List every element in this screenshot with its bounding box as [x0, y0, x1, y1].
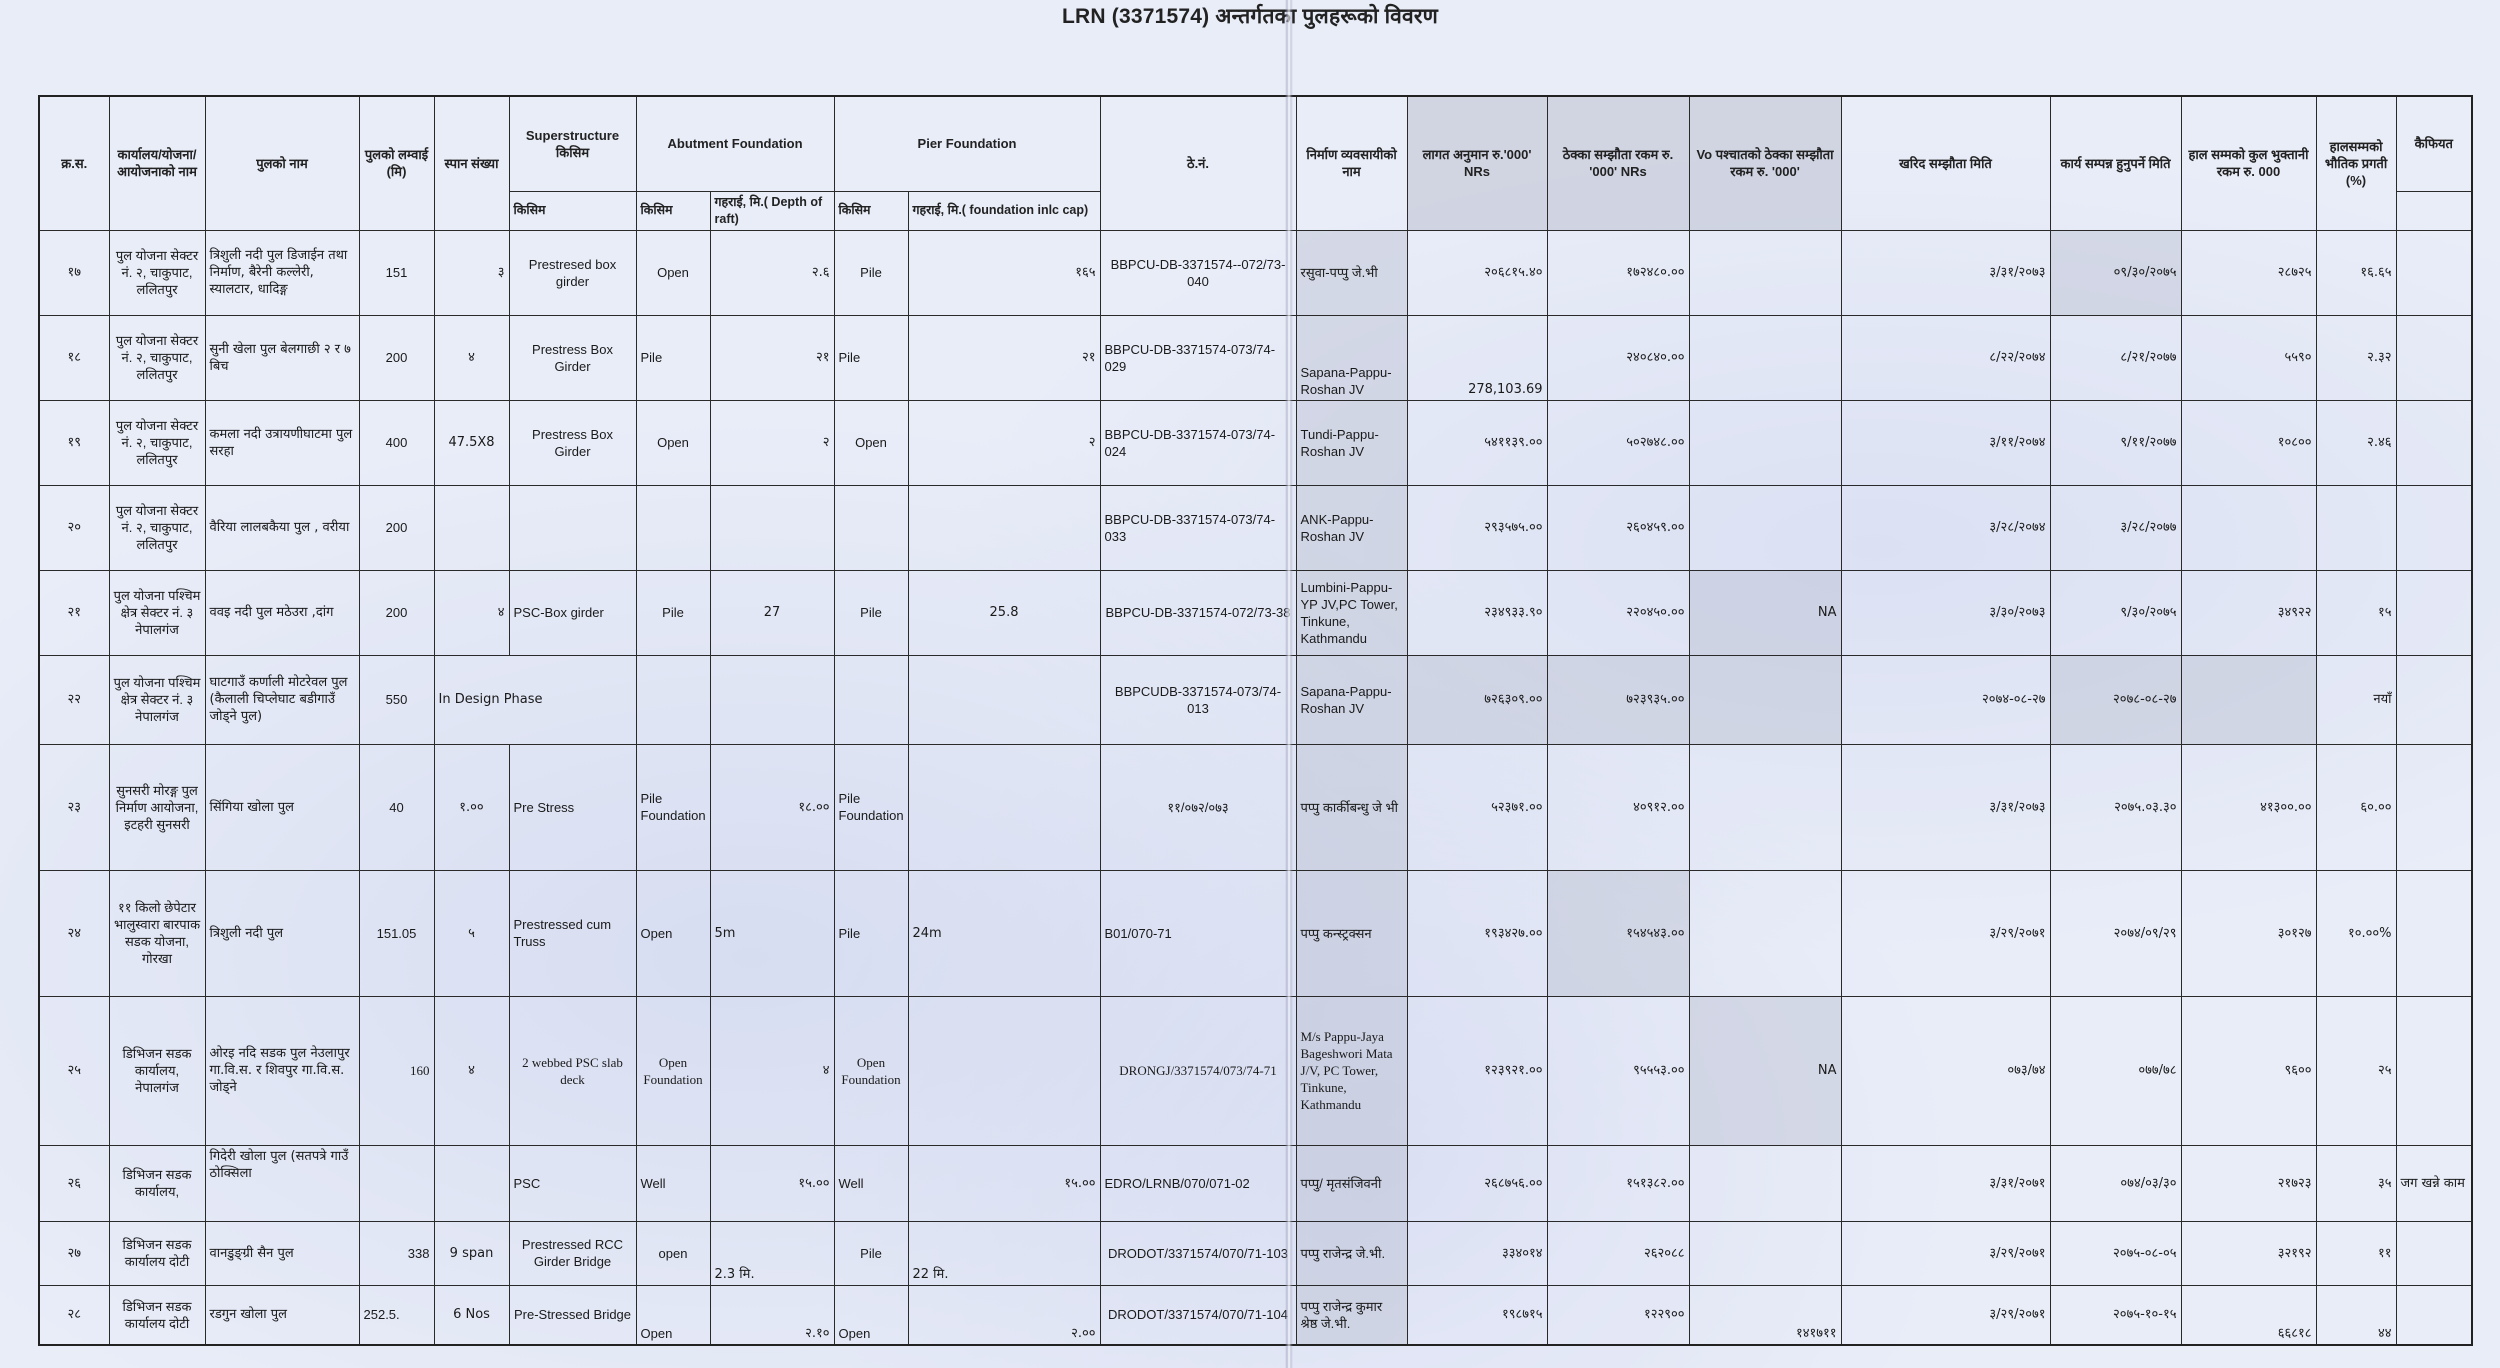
header-contract-no: ठे.नं.: [1100, 96, 1296, 230]
cell-progress: २.४६: [2316, 400, 2396, 485]
cell-contract-amount: १७२४८०.००: [1547, 230, 1689, 315]
cell-abutment-type: Pile: [636, 570, 710, 655]
cell-office: पुल योजना पश्चिम क्षेत्र सेक्टर नं. ३ ने…: [109, 655, 205, 744]
cell-cost-estimate: ५२३७१.००: [1407, 744, 1547, 870]
cell-pier-type: Pile: [834, 230, 908, 315]
cell-sn: २८: [39, 1285, 109, 1345]
cell-completion-date: ३/२८/२०७७: [2050, 485, 2181, 570]
cell-pier-type: [834, 485, 908, 570]
cell-pier-depth: २१: [908, 315, 1100, 400]
cell-spans: 47.5X8: [434, 400, 509, 485]
table-row: २८ डिभिजन सडक कार्यालय दोटी रडगुन खोला प…: [39, 1285, 2472, 1345]
cell-contract-no: DRODOT/3371574/070/71-104: [1100, 1285, 1296, 1345]
table-row: २३ सुनसरी मोरङ्ग पुल निर्माण आयोजना, इटह…: [39, 744, 2472, 870]
cell-contract-no: ११/०७२/०७३: [1100, 744, 1296, 870]
cell-contractor: पप्पु राजेन्द्र जे.भी.: [1296, 1221, 1407, 1285]
header-abutment-depth: गहराई, मि.( Depth of raft): [710, 191, 834, 230]
cell-sn: १७: [39, 230, 109, 315]
cell-pier-type: Pile: [834, 1221, 908, 1285]
cell-abutment-depth: 2.3 मि.: [710, 1221, 834, 1285]
header-superstructure: Superstructure किसिम: [509, 96, 636, 191]
cell-vo-amount: [1689, 744, 1841, 870]
cell-remarks: [2396, 655, 2472, 744]
cell-abutment-type: Open: [636, 1285, 710, 1345]
header-office: कार्यालय/योजना/ आयोजनाको नाम: [109, 96, 205, 230]
cell-cost-estimate: २९३५७५.००: [1407, 485, 1547, 570]
header-completion-date: कार्य सम्पन्न हुनुपर्ने मिति: [2050, 96, 2181, 230]
cell-contractor: पप्पु राजेन्द्र कुमार श्रेष्ठ जे.भी.: [1296, 1285, 1407, 1345]
cell-abutment-type: Open: [636, 400, 710, 485]
cell-agreement-date: ३/३१/२०७१: [1841, 1145, 2050, 1221]
table-row: २४ ११ किलो छेपेटार भालुस्वारा बारपाक सडक…: [39, 870, 2472, 996]
cell-pier-depth: 25.8: [908, 570, 1100, 655]
cell-contract-amount: १५१३८२.००: [1547, 1145, 1689, 1221]
cell-completion-date: ९/३०/२०७५: [2050, 570, 2181, 655]
cell-pier-type: Pile: [834, 870, 908, 996]
table-body: १७ पुल योजना सेक्टर नं. २, चाकुपाट, ललित…: [39, 230, 2472, 1345]
cell-payment: २१७२३: [2181, 1145, 2316, 1221]
cell-remarks: [2396, 570, 2472, 655]
cell-bridge-name: ववइ नदी पुल मठेउरा ,दांग: [205, 570, 359, 655]
cell-spans: 9 span: [434, 1221, 509, 1285]
header-contractor: निर्माण व्यवसायीको नाम: [1296, 96, 1407, 230]
cell-payment: ३०१२७: [2181, 870, 2316, 996]
cell-length: 200: [359, 570, 434, 655]
cell-pier-type: Well: [834, 1145, 908, 1221]
cell-vo-amount: [1689, 230, 1841, 315]
cell-spans: [434, 485, 509, 570]
cell-vo-amount: [1689, 870, 1841, 996]
cell-progress: ११: [2316, 1221, 2396, 1285]
cell-superstructure: PSC-Box girder: [509, 570, 636, 655]
cell-pier-depth: [908, 744, 1100, 870]
cell-abutment-type: Pile Foundation: [636, 744, 710, 870]
cell-sn: २७: [39, 1221, 109, 1285]
header-cost-estimate: लागत अनुमान रु.'000' NRs: [1407, 96, 1547, 230]
cell-remarks: जग खन्ने काम: [2396, 1145, 2472, 1221]
cell-cost-estimate: ३३४०१४: [1407, 1221, 1547, 1285]
cell-contract-amount: ९५५५३.००: [1547, 996, 1689, 1145]
cell-sn: २६: [39, 1145, 109, 1221]
cell-superstructure: Prestress Box Girder: [509, 315, 636, 400]
cell-length: 40: [359, 744, 434, 870]
table-row: २५ डिभिजन सडक कार्यालय, नेपालगंज ओरइ नदि…: [39, 996, 2472, 1145]
cell-sn: १८: [39, 315, 109, 400]
cell-contractor: Sapana-Pappu-Roshan JV: [1296, 655, 1407, 744]
header-payment: हाल सम्मको कुल भुक्तानी रकम रु. 000: [2181, 96, 2316, 230]
header-remarks: कैफियत: [2396, 96, 2472, 191]
cell-superstructure: PSC: [509, 1145, 636, 1221]
cell-spans: 6 Nos: [434, 1285, 509, 1345]
cell-superstructure: Prestress Box Girder: [509, 400, 636, 485]
cell-office: पुल योजना सेक्टर नं. २, चाकुपाट, ललितपुर: [109, 400, 205, 485]
cell-cost-estimate: २०६८१५.४०: [1407, 230, 1547, 315]
cell-office: पुल योजना सेक्टर नं. २, चाकुपाट, ललितपुर: [109, 315, 205, 400]
cell-cost-estimate: 278,103.69: [1407, 315, 1547, 400]
cell-abutment-type: [636, 655, 710, 744]
table-row: २२ पुल योजना पश्चिम क्षेत्र सेक्टर नं. ३…: [39, 655, 2472, 744]
cell-pier-type: Open Foundation: [834, 996, 908, 1145]
cell-cost-estimate: २३४९३३.९०: [1407, 570, 1547, 655]
cell-vo-amount: [1689, 400, 1841, 485]
cell-sn: २१: [39, 570, 109, 655]
cell-payment: ५५९०: [2181, 315, 2316, 400]
cell-bridge-name: कमला नदी उत्रायणीघाटमा पुल सरहा: [205, 400, 359, 485]
cell-pier-depth: १६५: [908, 230, 1100, 315]
cell-vo-amount: [1689, 1221, 1841, 1285]
cell-abutment-depth: १८.००: [710, 744, 834, 870]
cell-contract-amount: ५०२७४८.००: [1547, 400, 1689, 485]
table-row: १८ पुल योजना सेक्टर नं. २, चाकुपाट, ललित…: [39, 315, 2472, 400]
cell-contractor: पप्पु/ मृतसंजिवनी: [1296, 1145, 1407, 1221]
cell-contract-amount: २६०४५९.००: [1547, 485, 1689, 570]
header-pier-type: किसिम: [834, 191, 908, 230]
cell-agreement-date: ३/२९/२०७१: [1841, 1285, 2050, 1345]
cell-completion-date: ०७७/७८: [2050, 996, 2181, 1145]
cell-contract-amount: २४०८४०.००: [1547, 315, 1689, 400]
cell-office: डिभिजन सडक कार्यालय दोटी: [109, 1221, 205, 1285]
cell-pier-type: Open: [834, 1285, 908, 1345]
cell-superstructure: Prestressed cum Truss: [509, 870, 636, 996]
cell-spans: ३: [434, 230, 509, 315]
cell-bridge-name: गिदेरी खोला पुल (सतपत्रे गाउँ ठोक्सिला: [205, 1145, 359, 1221]
cell-abutment-type: Open Foundation: [636, 996, 710, 1145]
cell-agreement-date: ८/२२/२०७४: [1841, 315, 2050, 400]
cell-length: 338: [359, 1221, 434, 1285]
cell-contractor: M/s Pappu-Jaya Bageshwori Mata J/V, PC T…: [1296, 996, 1407, 1145]
cell-abutment-depth: २.१०: [710, 1285, 834, 1345]
cell-progress: १५: [2316, 570, 2396, 655]
cell-office: सुनसरी मोरङ्ग पुल निर्माण आयोजना, इटहरी …: [109, 744, 205, 870]
cell-superstructure: [509, 485, 636, 570]
cell-pier-depth: २: [908, 400, 1100, 485]
cell-vo-amount: NA: [1689, 996, 1841, 1145]
table-row: १९ पुल योजना सेक्टर नं. २, चाकुपाट, ललित…: [39, 400, 2472, 485]
cell-remarks: [2396, 1221, 2472, 1285]
cell-remarks: [2396, 870, 2472, 996]
cell-length: 400: [359, 400, 434, 485]
cell-contract-no: DRONGJ/3371574/073/74-71: [1100, 996, 1296, 1145]
cell-agreement-date: ०७३/७४: [1841, 996, 2050, 1145]
cell-cost-estimate: ७२६३०९.००: [1407, 655, 1547, 744]
cell-vo-amount: १४१७११: [1689, 1285, 1841, 1345]
cell-agreement-date: ३/२९/२०७१: [1841, 1221, 2050, 1285]
cell-superstructure: Prestresed box girder: [509, 230, 636, 315]
cell-abutment-depth: 5m: [710, 870, 834, 996]
table-row: २० पुल योजना सेक्टर नं. २, चाकुपाट, ललित…: [39, 485, 2472, 570]
cell-contract-amount: १५४५४३.००: [1547, 870, 1689, 996]
cell-cost-estimate: १९३४२७.००: [1407, 870, 1547, 996]
header-superstructure-type: किसिम: [509, 191, 636, 230]
cell-sn: १९: [39, 400, 109, 485]
cell-spans: In Design Phase: [434, 655, 636, 744]
cell-payment: ९६००: [2181, 996, 2316, 1145]
cell-abutment-depth: 27: [710, 570, 834, 655]
cell-sn: २०: [39, 485, 109, 570]
cell-abutment-depth: [710, 485, 834, 570]
cell-spans: ४: [434, 315, 509, 400]
cell-contract-no: DRODOT/3371574/070/71-103: [1100, 1221, 1296, 1285]
cell-remarks: [2396, 996, 2472, 1145]
cell-contractor: Sapana-Pappu-Roshan JV: [1296, 315, 1407, 400]
cell-pier-depth: १५.००: [908, 1145, 1100, 1221]
cell-agreement-date: २०७४-०८-२७: [1841, 655, 2050, 744]
cell-length: 151: [359, 230, 434, 315]
cell-contract-no: BBPCU-DB-3371574-073/74-029: [1100, 315, 1296, 400]
cell-bridge-name: सुनी खेला पुल बेलगाछी २ र ७ बिच: [205, 315, 359, 400]
cell-abutment-type: open: [636, 1221, 710, 1285]
cell-superstructure: Prestressed RCC Girder Bridge: [509, 1221, 636, 1285]
header-agreement-date: खरिद सम्झौता मिति: [1841, 96, 2050, 230]
cell-progress: १६.६५: [2316, 230, 2396, 315]
cell-completion-date: २०७८-०८-२७: [2050, 655, 2181, 744]
cell-contract-amount: ४०९१२.००: [1547, 744, 1689, 870]
cell-abutment-depth: २: [710, 400, 834, 485]
cell-abutment-type: Open: [636, 230, 710, 315]
cell-agreement-date: ३/२९/२०७१: [1841, 870, 2050, 996]
cell-vo-amount: [1689, 655, 1841, 744]
cell-pier-depth: 22 मि.: [908, 1221, 1100, 1285]
cell-contract-no: B01/070-71: [1100, 870, 1296, 996]
cell-pier-depth: [908, 996, 1100, 1145]
cell-contract-amount: २२०४५०.००: [1547, 570, 1689, 655]
cell-vo-amount: [1689, 315, 1841, 400]
cell-vo-amount: [1689, 485, 1841, 570]
cell-completion-date: २०७५-०८-०५: [2050, 1221, 2181, 1285]
cell-vo-amount: NA: [1689, 570, 1841, 655]
cell-abutment-depth: २१: [710, 315, 834, 400]
cell-progress: ४४: [2316, 1285, 2396, 1345]
cell-cost-estimate: १९८७१५: [1407, 1285, 1547, 1345]
cell-remarks: [2396, 230, 2472, 315]
cell-payment: २८७२५: [2181, 230, 2316, 315]
cell-sn: २२: [39, 655, 109, 744]
cell-contractor: पप्पु कार्कीबन्धु जे भी: [1296, 744, 1407, 870]
cell-contract-no: BBPCU-DB-3371574-072/73-38: [1100, 570, 1296, 655]
header-sn: क्र.स.: [39, 96, 109, 230]
cell-pier-depth: 24m: [908, 870, 1100, 996]
cell-abutment-type: [636, 485, 710, 570]
table-row: २७ डिभिजन सडक कार्यालय दोटी वानडुङ्ग्री …: [39, 1221, 2472, 1285]
cell-completion-date: ०७४/०३/३०: [2050, 1145, 2181, 1221]
cell-superstructure: 2 webbed PSC slab deck: [509, 996, 636, 1145]
cell-bridge-name: घाटगाउँ कर्णाली मोटरेवल पुल (कैलाली चिप्…: [205, 655, 359, 744]
cell-spans: [434, 1145, 509, 1221]
cell-contract-amount: २६२०८८: [1547, 1221, 1689, 1285]
cell-abutment-depth: २.६: [710, 230, 834, 315]
cell-payment: [2181, 485, 2316, 570]
cell-abutment-type: Open: [636, 870, 710, 996]
header-spans: स्पान संख्या: [434, 96, 509, 230]
cell-bridge-name: त्रिशुली नदी पुल: [205, 870, 359, 996]
cell-sn: २३: [39, 744, 109, 870]
cell-spans: ५: [434, 870, 509, 996]
header-vo-amount: Vo पश्चातको ठेक्का सम्झौता रकम रु. '000': [1689, 96, 1841, 230]
cell-pier-depth: २.००: [908, 1285, 1100, 1345]
cell-length: 200: [359, 485, 434, 570]
header-length: पुलको लम्वाई (मि): [359, 96, 434, 230]
cell-office: डिभिजन सडक कार्यालय, नेपालगंज: [109, 996, 205, 1145]
cell-sn: २४: [39, 870, 109, 996]
cell-agreement-date: ३/२८/२०७४: [1841, 485, 2050, 570]
cell-contractor: ANK-Pappu-Roshan JV: [1296, 485, 1407, 570]
header-abutment-foundation: Abutment Foundation: [636, 96, 834, 191]
cell-bridge-name: सिंगिया खोला पुल: [205, 744, 359, 870]
cell-bridge-name: रडगुन खोला पुल: [205, 1285, 359, 1345]
cell-completion-date: २०७५-१०-१५: [2050, 1285, 2181, 1345]
cell-contractor: पप्पु कन्स्ट्रक्सन: [1296, 870, 1407, 996]
cell-abutment-depth: ४: [710, 996, 834, 1145]
cell-contract-no: BBPCU-DB-3371574-073/74-033: [1100, 485, 1296, 570]
cell-contract-no: BBPCU-DB-3371574-073/74-024: [1100, 400, 1296, 485]
cell-progress: २५: [2316, 996, 2396, 1145]
cell-remarks: [2396, 485, 2472, 570]
cell-remarks: [2396, 315, 2472, 400]
cell-pier-type: Pile: [834, 570, 908, 655]
cell-sn: २५: [39, 996, 109, 1145]
header-abutment-type: किसिम: [636, 191, 710, 230]
cell-office: पुल योजना सेक्टर नं. २, चाकुपाट, ललितपुर: [109, 485, 205, 570]
cell-office: ११ किलो छेपेटार भालुस्वारा बारपाक सडक यो…: [109, 870, 205, 996]
cell-payment: ६६८१८: [2181, 1285, 2316, 1345]
cell-cost-estimate: २६८७५६.००: [1407, 1145, 1547, 1221]
cell-agreement-date: ३/३०/२०७३: [1841, 570, 2050, 655]
cell-pier-type: Pile: [834, 315, 908, 400]
cell-progress: २.३२: [2316, 315, 2396, 400]
cell-contract-no: BBPCU-DB-3371574--072/73-040: [1100, 230, 1296, 315]
cell-bridge-name: वानडुङ्ग्री सैन पुल: [205, 1221, 359, 1285]
cell-pier-depth: [908, 485, 1100, 570]
cell-spans: ४: [434, 570, 509, 655]
cell-remarks: [2396, 400, 2472, 485]
cell-length: [359, 1145, 434, 1221]
cell-abutment-type: Well: [636, 1145, 710, 1221]
cell-progress: १०.००%: [2316, 870, 2396, 996]
cell-progress: ६०.००: [2316, 744, 2396, 870]
cell-office: पुल योजना सेक्टर नं. २, चाकुपाट, ललितपुर: [109, 230, 205, 315]
cell-pier-type: Open: [834, 400, 908, 485]
header-remarks-sub: [2396, 191, 2472, 230]
cell-completion-date: २०७५.०३.३०: [2050, 744, 2181, 870]
cell-length: 550: [359, 655, 434, 744]
header-pier-foundation: Pier Foundation: [834, 96, 1100, 191]
cell-completion-date: २०७४/०९/२९: [2050, 870, 2181, 996]
cell-bridge-name: ओरइ नदि सडक पुल नेउलापुर गा.वि.स. र शिवप…: [205, 996, 359, 1145]
table-row: २६ डिभिजन सडक कार्यालय, गिदेरी खोला पुल …: [39, 1145, 2472, 1221]
bridge-details-table: क्र.स. कार्यालय/योजना/ आयोजनाको नाम पुलक…: [38, 95, 2473, 1346]
cell-completion-date: ९/११/२०७७: [2050, 400, 2181, 485]
cell-contract-no: EDRO/LRNB/070/071-02: [1100, 1145, 1296, 1221]
cell-contractor: रसुवा-पप्पु जे.भी: [1296, 230, 1407, 315]
document-title: LRN (3371574) अन्तर्गतका पुलहरूको विवरण: [0, 2, 2500, 30]
cell-length: 160: [359, 996, 434, 1145]
header-bridge-name: पुलको नाम: [205, 96, 359, 230]
cell-superstructure: Pre-Stressed Bridge: [509, 1285, 636, 1345]
cell-progress: ३५: [2316, 1145, 2396, 1221]
header-contract-amount: ठेक्का सम्झौता रकम रु. '000' NRs: [1547, 96, 1689, 230]
cell-contractor: Lumbini-Pappu-YP JV,PC Tower, Tinkune, K…: [1296, 570, 1407, 655]
cell-vo-amount: [1689, 1145, 1841, 1221]
cell-remarks: [2396, 1285, 2472, 1345]
cell-payment: १०८००: [2181, 400, 2316, 485]
cell-payment: ३४९२२: [2181, 570, 2316, 655]
cell-superstructure: Pre Stress: [509, 744, 636, 870]
cell-contract-no: BBPCUDB-3371574-073/74-013: [1100, 655, 1296, 744]
cell-completion-date: ०९/३०/२०७५: [2050, 230, 2181, 315]
cell-bridge-name: त्रिशुली नदी पुल डिजाईन तथा निर्माण, बैर…: [205, 230, 359, 315]
cell-office: पुल योजना पश्चिम क्षेत्र सेक्टर नं. ३ ने…: [109, 570, 205, 655]
cell-cost-estimate: १२३९२१.००: [1407, 996, 1547, 1145]
cell-cost-estimate: ५४११३९.००: [1407, 400, 1547, 485]
header-pier-depth: गहराई, मि.( foundation inlc cap): [908, 191, 1100, 230]
cell-abutment-type: Pile: [636, 315, 710, 400]
cell-payment: ३२१९२: [2181, 1221, 2316, 1285]
cell-pier-depth: [908, 655, 1100, 744]
cell-pier-type: [834, 655, 908, 744]
cell-contract-amount: ७२३९३५.००: [1547, 655, 1689, 744]
cell-completion-date: ८/२१/२०७७: [2050, 315, 2181, 400]
cell-office: डिभिजन सडक कार्यालय,: [109, 1145, 205, 1221]
cell-office: डिभिजन सडक कार्यालय दोटी: [109, 1285, 205, 1345]
cell-progress: नयाँ: [2316, 655, 2396, 744]
cell-payment: ४१३००.००: [2181, 744, 2316, 870]
cell-spans: १.००: [434, 744, 509, 870]
cell-length: 200: [359, 315, 434, 400]
cell-length: 151.05: [359, 870, 434, 996]
cell-agreement-date: ३/११/२०७४: [1841, 400, 2050, 485]
cell-agreement-date: ३/३१/२०७३: [1841, 230, 2050, 315]
cell-progress: [2316, 485, 2396, 570]
cell-agreement-date: ३/३१/२०७३: [1841, 744, 2050, 870]
cell-abutment-depth: [710, 655, 834, 744]
cell-pier-type: Pile Foundation: [834, 744, 908, 870]
header-progress: हालसम्मको भौतिक प्रगती (%): [2316, 96, 2396, 230]
cell-contractor: Tundi-Pappu-Roshan JV: [1296, 400, 1407, 485]
cell-remarks: [2396, 744, 2472, 870]
cell-bridge-name: वैरिया लालबकैया पुल , वरीया: [205, 485, 359, 570]
table-row: २१ पुल योजना पश्चिम क्षेत्र सेक्टर नं. ३…: [39, 570, 2472, 655]
cell-spans: ४: [434, 996, 509, 1145]
cell-contract-amount: १२२९००: [1547, 1285, 1689, 1345]
cell-payment: [2181, 655, 2316, 744]
table-row: १७ पुल योजना सेक्टर नं. २, चाकुपाट, ललित…: [39, 230, 2472, 315]
cell-length: 252.5.: [359, 1285, 434, 1345]
cell-abutment-depth: १५.००: [710, 1145, 834, 1221]
